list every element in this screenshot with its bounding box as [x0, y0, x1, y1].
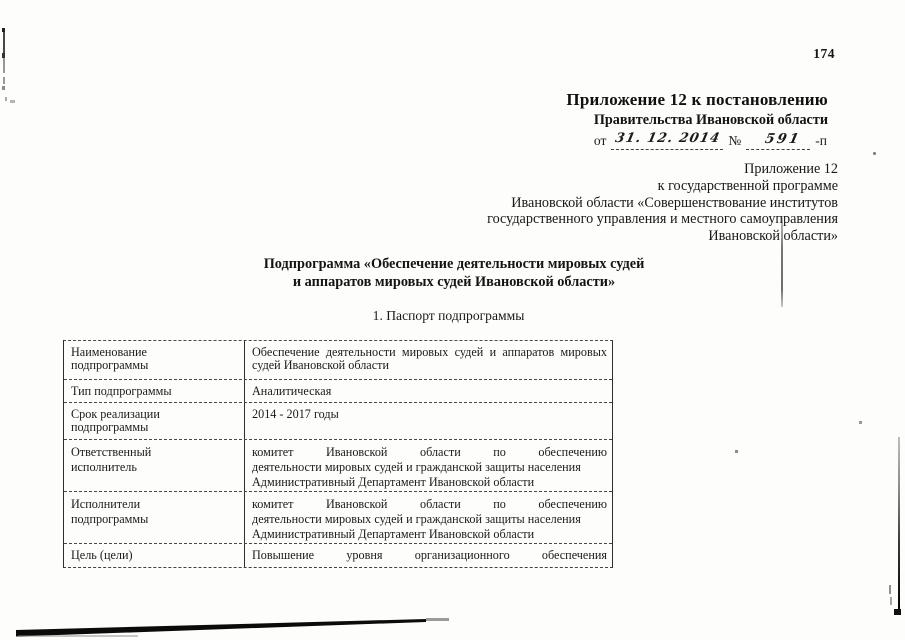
table-row-goal: Цель (цели) Повышение уровня организацио… — [64, 543, 612, 567]
number-sign: № — [727, 132, 742, 150]
scan-speck — [873, 152, 876, 155]
handwritten-number: 591 — [754, 130, 804, 148]
number-underline: 591 — [746, 131, 810, 150]
scan-artifact-right-edge — [889, 585, 891, 594]
scan-artifact-topleft — [3, 77, 5, 84]
value-line: деятельности мировых судей и гражданской… — [252, 512, 607, 527]
scan-artifact-right-edge — [890, 597, 892, 605]
title-line-2: и аппаратов мировых судей Ивановской обл… — [3, 274, 905, 292]
appendix-line: Ивановской области «Совершенствование ин… — [487, 195, 838, 212]
passport-table: Наименование подпрограммы Обеспечение де… — [63, 340, 613, 568]
row-value: комитет Ивановской области по обеспечени… — [244, 492, 612, 543]
label-line: исполнитель — [71, 460, 240, 475]
value-line: комитет Ивановской области по обеспечени… — [252, 445, 607, 460]
row-label: Цель (цели) — [64, 544, 244, 567]
appendix-reference-block: Приложение 12 к государственной программ… — [487, 161, 838, 245]
value-line: комитет Ивановской области по обеспечени… — [252, 497, 607, 512]
row-value: Обеспечение деятельности мировых судей и… — [244, 341, 612, 379]
label-line: Цель (цели) — [71, 549, 240, 562]
row-label: Срок реализации подпрограммы — [64, 403, 244, 439]
appendix-line: Ивановской области» — [487, 228, 838, 245]
value-line: Административный Департамент Ивановской … — [252, 527, 607, 542]
subprogram-title: Подпрограмма «Обеспечение деятельности м… — [3, 256, 905, 291]
scan-artifact-topleft — [3, 32, 5, 53]
number-suffix: -п — [814, 132, 828, 150]
table-row-period: Срок реализации подпрограммы 2014 - 2017… — [64, 402, 612, 439]
title-line-1: Подпрограмма «Обеспечение деятельности м… — [3, 256, 905, 274]
scan-artifact-bottom-bar — [18, 635, 138, 637]
handwritten-date: 31. 12. 2014 — [613, 130, 722, 148]
value-line: Повышение уровня организационного обеспе… — [252, 549, 607, 562]
table-row-executors: Исполнители подпрограммы комитет Ивановс… — [64, 491, 612, 543]
scan-artifact-topleft — [5, 97, 7, 101]
stamp-date-number-line: от 31. 12. 2014 № 591 -п — [566, 130, 828, 150]
value-line: деятельности мировых судей и гражданской… — [252, 460, 607, 475]
from-label: от — [593, 132, 607, 150]
scan-speck — [859, 421, 862, 424]
table-row-name: Наименование подпрограммы Обеспечение де… — [64, 341, 612, 379]
row-label: Тип подпрограммы — [64, 380, 244, 402]
row-label: Исполнители подпрограммы — [64, 492, 244, 543]
label-line: Тип подпрограммы — [71, 385, 240, 398]
section-heading: 1. Паспорт подпрограммы — [0, 308, 897, 324]
scan-artifact-right-edge — [894, 609, 901, 615]
row-value: Повышение уровня организационного обеспе… — [244, 544, 612, 567]
scan-artifact-bottom-bar — [426, 618, 449, 621]
label-line: Ответственный — [71, 445, 240, 460]
value-line: судей Ивановской области — [252, 359, 607, 372]
scan-artifact-topleft — [10, 100, 15, 103]
value-line: Административный Департамент Ивановской … — [252, 475, 607, 490]
scan-speck — [735, 450, 738, 453]
appendix-line: государственного управления и местного с… — [487, 211, 838, 228]
label-line: подпрограммы — [71, 512, 240, 527]
value-line: 2014 - 2017 годы — [252, 408, 607, 421]
row-value: 2014 - 2017 годы — [244, 403, 612, 439]
appendix-stamp: Приложение 12 к постановлению Правительс… — [566, 90, 828, 150]
scan-artifact-topleft — [3, 58, 5, 73]
scanned-document-page: 174 Приложение 12 к постановлению Правит… — [0, 0, 905, 640]
row-label: Ответственный исполнитель — [64, 440, 244, 491]
table-row-responsible-executor: Ответственный исполнитель комитет Иванов… — [64, 439, 612, 491]
value-line: Аналитическая — [252, 385, 607, 398]
label-line: подпрограммы — [71, 359, 240, 372]
date-underline: 31. 12. 2014 — [611, 130, 723, 150]
row-label: Наименование подпрограммы — [64, 341, 244, 379]
stamp-line-2: Правительства Ивановской области — [566, 112, 828, 129]
appendix-line: Приложение 12 — [487, 161, 838, 178]
row-value: комитет Ивановской области по обеспечени… — [244, 440, 612, 491]
label-line: Исполнители — [71, 497, 240, 512]
table-row-type: Тип подпрограммы Аналитическая — [64, 379, 612, 402]
scan-artifact-topleft — [2, 86, 5, 90]
page-number: 174 — [813, 46, 835, 62]
scan-artifact-right-edge — [898, 437, 901, 612]
label-line: подпрограммы — [71, 421, 240, 434]
stamp-line-1: Приложение 12 к постановлению — [566, 90, 828, 109]
appendix-line: к государственной программе — [487, 178, 838, 195]
row-value: Аналитическая — [244, 380, 612, 402]
